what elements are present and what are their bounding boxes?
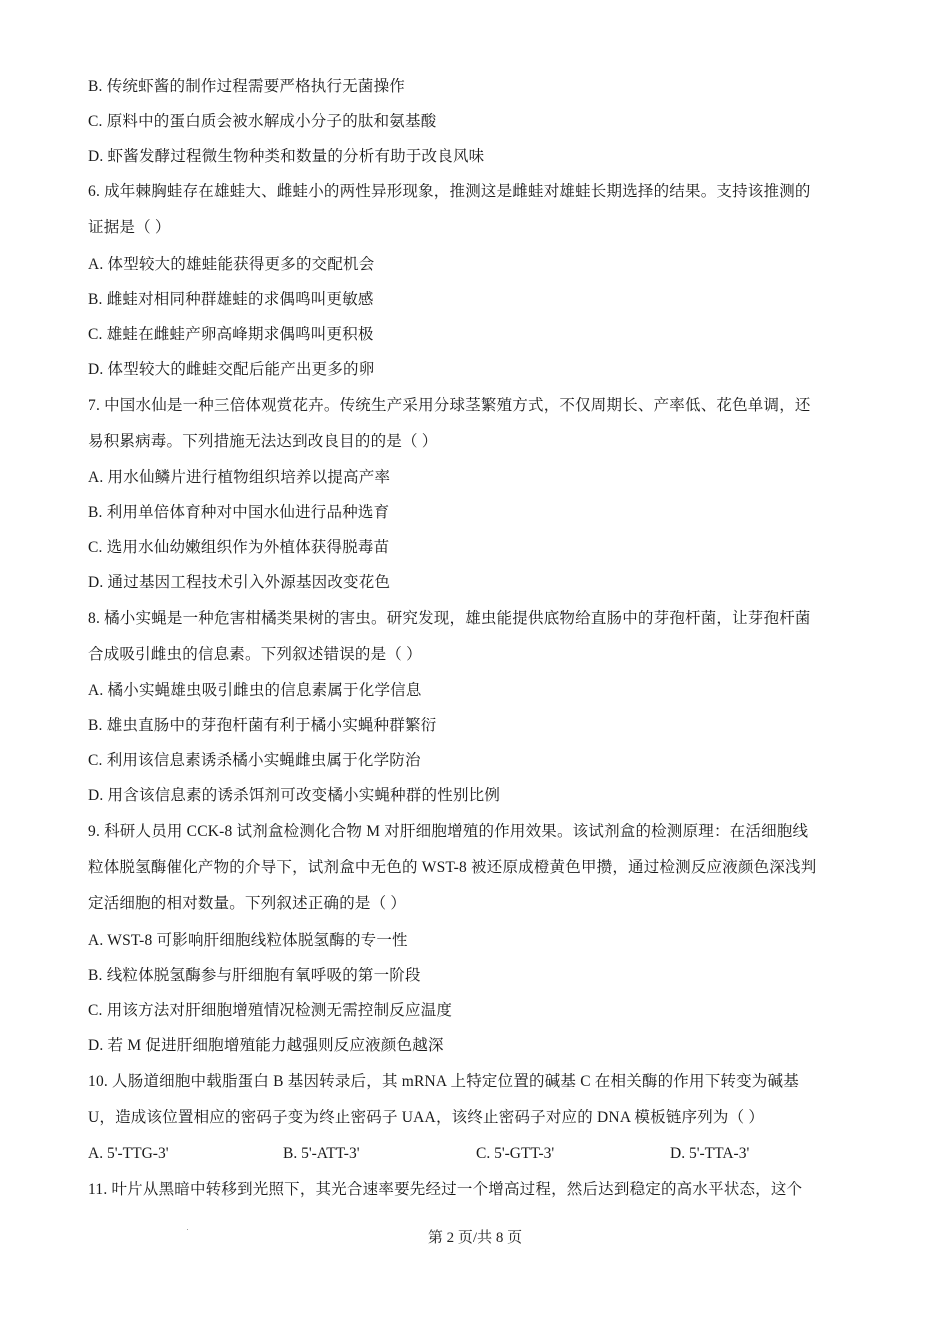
text-line: 11. 叶片从黑暗中转移到光照下，其光合速率要先经过一个增高过程，然后达到稳定的… xyxy=(88,1180,802,1200)
text-line: C. 选用水仙幼嫩组织作为外植体获得脱毒苗 xyxy=(88,538,389,558)
text-line: D. 若 M 促进肝细胞增殖能力越强则反应液颜色越深 xyxy=(88,1036,444,1056)
text-line: A. 橘小实蝇雄虫吸引雌虫的信息素属于化学信息 xyxy=(88,681,422,701)
text-line: B. 利用单倍体育种对中国水仙进行品种选育 xyxy=(88,503,389,523)
text-line: A. WST-8 可影响肝细胞线粒体脱氢酶的专一性 xyxy=(88,931,408,951)
option-b: B. 5'-ATT-3' xyxy=(283,1144,360,1164)
text-line: 8. 橘小实蝇是一种危害柑橘类果树的害虫。研究发现，雄虫能提供底物给直肠中的芽孢… xyxy=(88,609,811,629)
text-line: B. 雌蛙对相同种群雄蛙的求偶鸣叫更敏感 xyxy=(88,290,374,310)
text-line: C. 原料中的蛋白质会被水解成小分子的肽和氨基酸 xyxy=(88,112,436,132)
text-line: A. 用水仙鳞片进行植物组织培养以提高产率 xyxy=(88,468,390,488)
page-footer: 第 2 页/共 8 页 xyxy=(0,1226,950,1247)
text-line: 7. 中国水仙是一种三倍体观赏花卉。传统生产采用分球茎繁殖方式，不仅周期长、产率… xyxy=(88,396,811,416)
text-line: C. 用该方法对肝细胞增殖情况检测无需控制反应温度 xyxy=(88,1001,452,1021)
text-line: 合成吸引雌虫的信息素。下列叙述错误的是（ ） xyxy=(88,645,422,665)
text-line: 易积累病毒。下列措施无法达到改良目的的是（ ） xyxy=(88,432,437,452)
text-line: D. 虾酱发酵过程微生物种类和数量的分析有助于改良风味 xyxy=(88,147,484,167)
option-a: A. 5'-TTG-3' xyxy=(88,1144,168,1164)
text-line: B. 线粒体脱氢酶参与肝细胞有氧呼吸的第一阶段 xyxy=(88,966,421,986)
text-line: 6. 成年棘胸蛙存在雄蛙大、雌蛙小的两性异形现象，推测这是雌蛙对雄蛙长期选择的结… xyxy=(88,182,811,202)
text-line: C. 雄蛙在雌蛙产卵高峰期求偶鸣叫更积极 xyxy=(88,325,374,345)
text-line: 10. 人肠道细胞中载脂蛋白 B 基因转录后，其 mRNA 上特定位置的碱基 C… xyxy=(88,1072,799,1092)
text-line: U，造成该位置相应的密码子变为终止密码子 UAA，该终止密码子对应的 DNA 模… xyxy=(88,1108,764,1128)
text-line: B. 传统虾酱的制作过程需要严格执行无菌操作 xyxy=(88,77,405,97)
text-line: 证据是（ ） xyxy=(88,218,171,238)
text-line: B. 雄虫直肠中的芽孢杆菌有利于橘小实蝇种群繁衍 xyxy=(88,716,436,736)
option-c: C. 5'-GTT-3' xyxy=(476,1144,554,1164)
text-line: A. 体型较大的雄蛙能获得更多的交配机会 xyxy=(88,255,374,275)
text-line: C. 利用该信息素诱杀橘小实蝇雌虫属于化学防治 xyxy=(88,751,421,771)
text-line: 9. 科研人员用 CCK-8 试剂盒检测化合物 M 对肝细胞增殖的作用效果。该试… xyxy=(88,822,808,842)
option-d: D. 5'-TTA-3' xyxy=(670,1144,749,1164)
text-line: D. 用含该信息素的诱杀饵剂可改变橘小实蝇种群的性别比例 xyxy=(88,786,500,806)
text-line: 定活细胞的相对数量。下列叙述正确的是（ ） xyxy=(88,894,406,914)
text-line: D. 体型较大的雌蛙交配后能产出更多的卵 xyxy=(88,360,374,380)
text-line: D. 通过基因工程技术引入外源基因改变花色 xyxy=(88,573,390,593)
exam-page: B. 传统虾酱的制作过程需要严格执行无菌操作C. 原料中的蛋白质会被水解成小分子… xyxy=(0,0,950,1344)
text-line: 粒体脱氢酶催化产物的介导下，试剂盒中无色的 WST-8 被还原成橙黄色甲攒，通过… xyxy=(88,858,816,878)
